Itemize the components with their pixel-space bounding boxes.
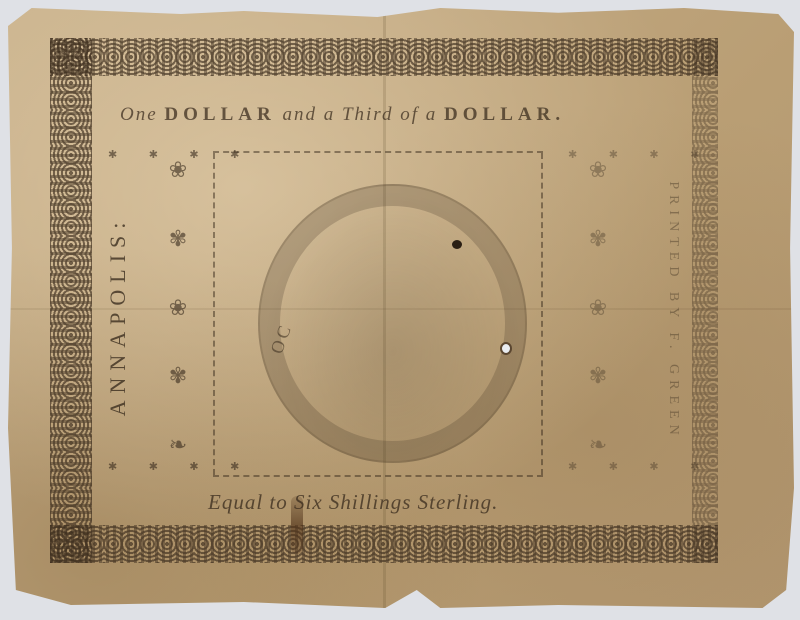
central-seal [258,184,527,463]
leaf-ornament-icon: ❧ [589,433,607,458]
border-top-ornament [50,38,718,76]
left-ornament-column: ❀ ✾ ❀ ✾ ❧ [148,158,208,458]
flower-ornament-icon: ❀ [169,158,187,183]
flower-ornament-icon: ❀ [589,158,607,183]
denom-word-dollar-2: DOLLAR. [444,104,565,125]
paper-hole [502,344,510,353]
denom-word-dollar: DOLLAR [164,104,275,125]
flower-ornament-icon: ❀ [589,296,607,321]
flower-ornament-icon: ✾ [169,364,187,389]
banknote: One DOLLAR and a Third of a DOLLAR. ANNA… [8,8,794,608]
leaf-ornament-icon: ❧ [169,433,187,458]
border-bottom-ornament [50,525,718,563]
value-line: Equal to Six Shillings Sterling. [208,490,498,515]
denom-word-one: One [120,104,158,125]
flower-ornament-icon: ❀ [169,296,187,321]
flower-ornament-icon: ✾ [169,227,187,252]
printer-imprint: PRINTED BY F. GREEN [665,166,681,456]
star-row-bottom-right: ✱ ✱ ✱ ✱ [568,460,713,473]
flower-ornament-icon: ✾ [589,364,607,389]
denom-word-and: and a [282,104,335,125]
right-ornament-column: ❀ ✾ ❀ ✾ ❧ [568,158,628,458]
city-name-annapolis: ANNAPOLIS: [105,166,131,466]
denomination-line: One DOLLAR and a Third of a DOLLAR. [120,104,680,126]
flower-ornament-icon: ✾ [589,227,607,252]
denom-word-third: Third of a [342,104,437,125]
paper-hole [452,240,462,249]
border-right-ornament [692,38,718,563]
border-left-ornament [50,38,92,563]
